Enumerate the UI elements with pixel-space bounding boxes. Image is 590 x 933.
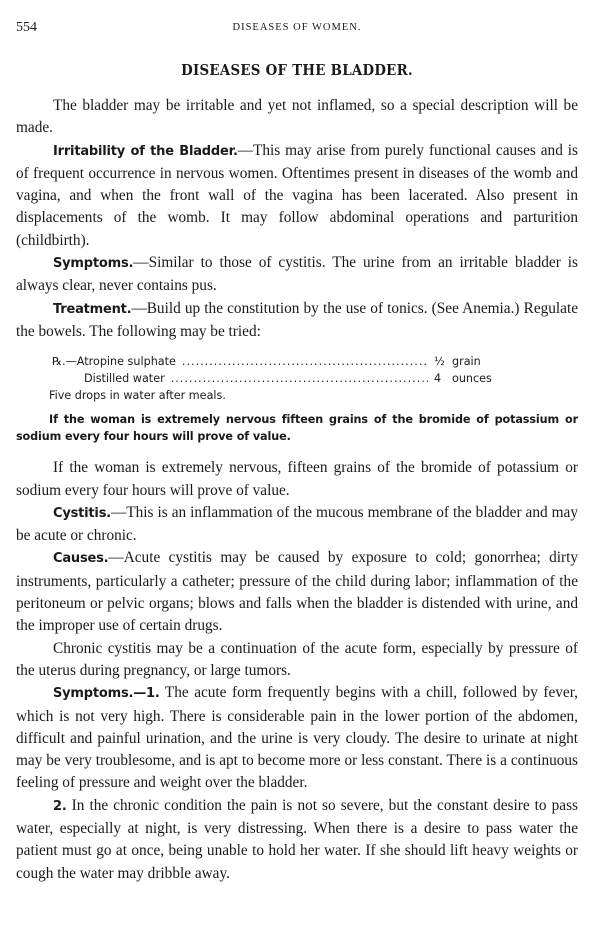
runin-heading: Treatment. [53, 302, 131, 317]
paragraph-chronic-symptoms: 2. In the chronic condition the pain is … [16, 795, 578, 885]
paragraph-irritability: Irritability of the Bladder.—This may ar… [16, 140, 578, 252]
paragraph-causes: Causes.—Acute cystitis may be caused by … [16, 547, 578, 637]
prescription-item: ℞.—Atropine sulphate ...................… [16, 353, 578, 370]
ingredient-qty: ½ [434, 353, 452, 370]
runin-heading: Cystitis. [53, 506, 111, 521]
paragraph-chronic: Chronic cystitis may be a continuation o… [16, 638, 578, 683]
section-title: DISEASES OF THE BLADDER. [38, 62, 555, 79]
paragraph-symptoms-irritable: Symptoms.—Similar to those of cystitis. … [16, 252, 578, 298]
runin-heading: Causes. [53, 551, 108, 566]
paragraph-text: In the chronic condition the pain is not… [16, 797, 578, 882]
ingredient-name: Atropine sulphate [77, 353, 176, 370]
runin-heading: Symptoms.—1. [53, 686, 160, 701]
paragraph-cystitis: Cystitis.—This is an inflammation of the… [16, 502, 578, 548]
runin-heading: 2. [53, 799, 67, 814]
prescription-note: If the woman is extremely nervous fiftee… [16, 411, 578, 445]
ingredient-qty: 4 [434, 370, 452, 387]
paragraph-treatment: Treatment.—Build up the constitution by … [16, 298, 578, 344]
prescription-item: Distilled water ........................… [16, 370, 578, 387]
paragraph-symptoms-cystitis: Symptoms.—1. The acute form frequently b… [16, 682, 578, 794]
prescription-directions: Five drops in water after meals. [16, 387, 578, 404]
leader-dots: ........................................… [182, 353, 428, 370]
ingredient-unit: grain [452, 353, 512, 370]
running-title: DISEASES OF WOMEN. [16, 22, 578, 33]
ingredient-unit: ounces [452, 370, 512, 387]
runin-heading: Symptoms. [53, 256, 133, 271]
body-text: The bladder may be irritable and yet not… [16, 95, 578, 885]
paragraph-nervous: If the woman is extremely nervous, fifte… [16, 457, 578, 502]
prescription-symbol: ℞.— [52, 353, 77, 370]
paragraph-intro: The bladder may be irritable and yet not… [16, 95, 578, 140]
leader-dots: ........................................… [171, 370, 428, 387]
ingredient-name: Distilled water [84, 370, 165, 387]
running-head: 554 DISEASES OF WOMEN. [16, 20, 578, 36]
prescription-block: ℞.—Atropine sulphate ...................… [16, 353, 578, 445]
runin-heading: Irritability of the Bladder. [53, 144, 238, 159]
